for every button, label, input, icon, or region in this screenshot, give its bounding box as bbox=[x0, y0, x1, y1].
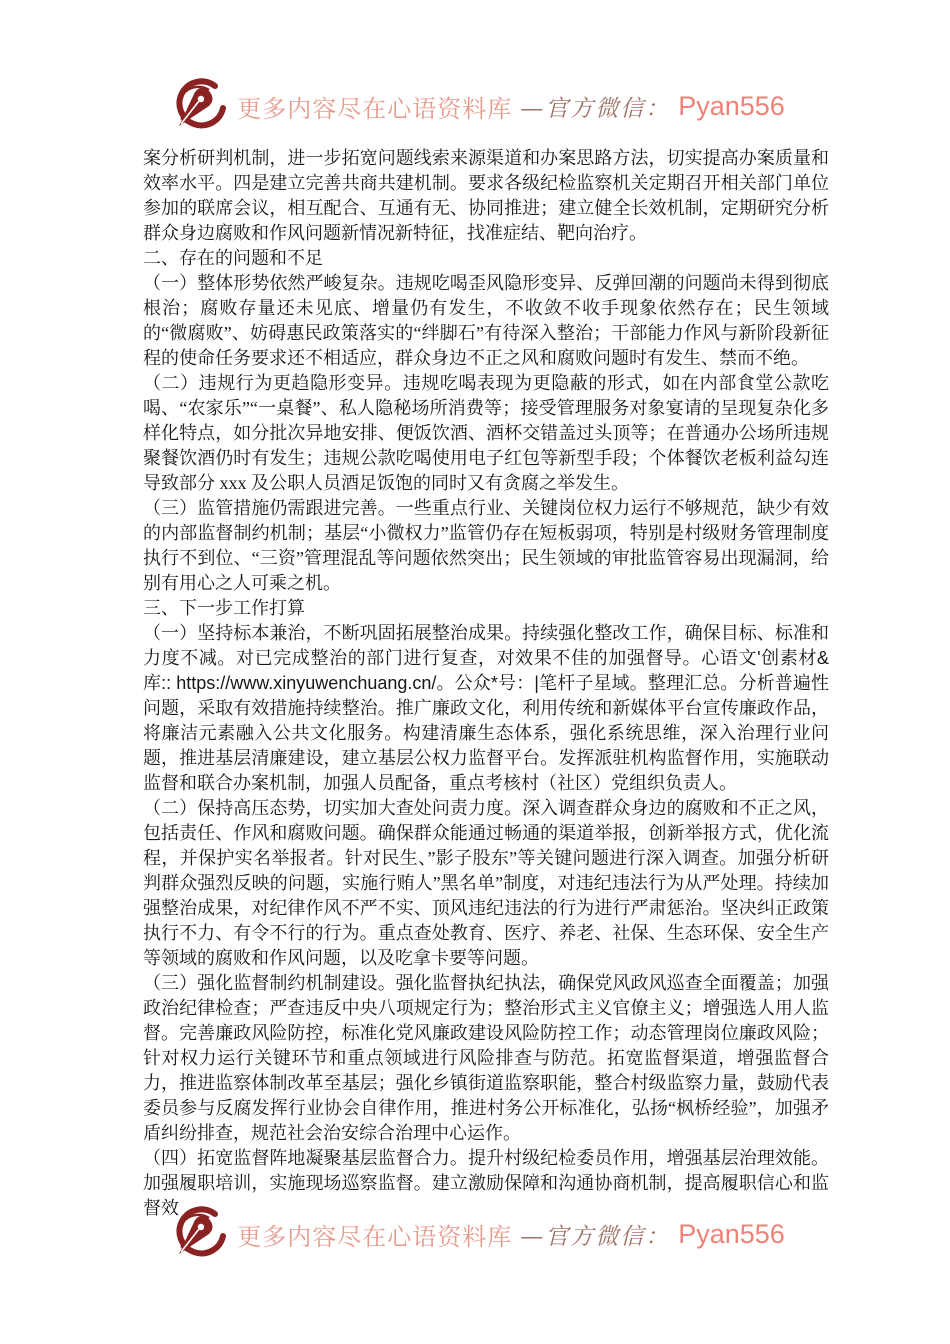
paragraph: （二）违规行为更趋隐形变异。违规吃喝表现为更隐蔽的形式，如在内部食堂公款吃喝、“… bbox=[143, 371, 829, 496]
paragraph: （二）保持高压态势，切实加大查处问责力度。深入调查群众身边的腐败和不正之风，包括… bbox=[143, 796, 829, 971]
wechat-id: Pyan556 bbox=[678, 1219, 785, 1250]
paragraph: （一）整体形势依然严峻复杂。违规吃喝歪风隐形变异、反弹回潮的问题尚未得到彻底根治… bbox=[143, 271, 829, 371]
wechat-label: —官方微信： bbox=[520, 1218, 670, 1251]
page-background: 更多内容尽在心语资料库—官方微信：Pyan556 案分析研判机制，进一步拓宽问题… bbox=[0, 0, 950, 1344]
pen-nib-swirl-icon bbox=[165, 1206, 229, 1264]
document-page: { "watermark": { "logo_icon": "pen-nib-s… bbox=[0, 0, 950, 1344]
paragraph: 案分析研判机制，进一步拓宽问题线索来源渠道和办案思路方法，切实提高办案质量和效率… bbox=[143, 146, 829, 246]
wechat-label: —官方微信： bbox=[520, 90, 670, 123]
wechat-id: Pyan556 bbox=[678, 91, 785, 122]
watermark-title: 更多内容尽在心语资料库 bbox=[237, 1217, 512, 1252]
paragraph: （三）监管措施仍需跟进完善。一些重点行业、关键岗位权力运行不够规范，缺少有效的内… bbox=[143, 496, 829, 596]
paragraph-sans: （一）坚持标本兼治，不断巩固拓展整治成果。持续强化整改工作，确保目标、标准和力度… bbox=[143, 621, 829, 796]
paragraph: 二、存在的问题和不足 bbox=[143, 246, 829, 271]
watermark-header: 更多内容尽在心语资料库—官方微信：Pyan556 bbox=[0, 76, 950, 136]
pen-nib-swirl-icon bbox=[165, 78, 229, 136]
document-body: 案分析研判机制，进一步拓宽问题线索来源渠道和办案思路方法，切实提高办案质量和效率… bbox=[143, 146, 829, 1221]
paragraph: 三、下一步工作打算 bbox=[143, 596, 829, 621]
watermark-footer: 更多内容尽在心语资料库—官方微信：Pyan556 bbox=[0, 1204, 950, 1264]
watermark-title: 更多内容尽在心语资料库 bbox=[237, 89, 512, 124]
paragraph: （三）强化监督制约机制建设。强化监督执纪执法，确保党风政风巡查全面覆盖；加强政治… bbox=[143, 971, 829, 1146]
